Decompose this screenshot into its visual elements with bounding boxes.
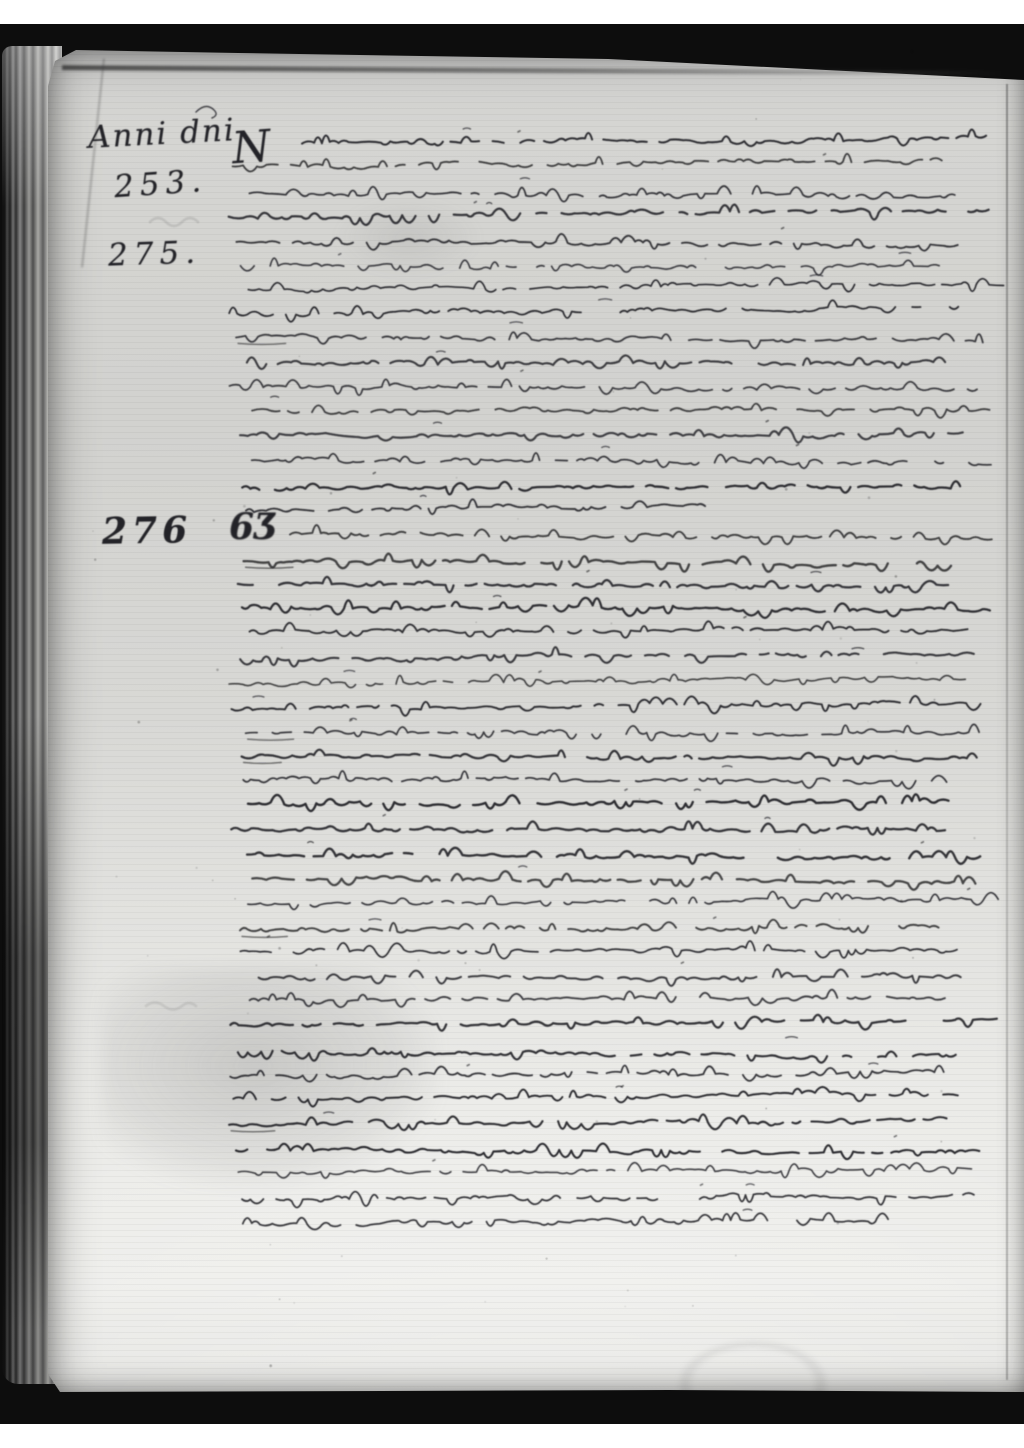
paragraph-initial-first-entry: N [230,121,272,175]
margin-heading-anni-dni: Anni dni [87,112,236,156]
faded-stain [333,197,483,277]
paragraph-initial-second-entry: 6Ʒ [229,506,278,548]
margin-year-275: 275. [107,234,201,273]
margin-year-276: 276 [102,509,193,553]
manuscript-photo: Anni dni 253. 275. 276 N 6Ʒ [0,0,1024,1448]
margin-year-253: 253. [113,163,208,205]
margin-stain [100,967,440,1187]
